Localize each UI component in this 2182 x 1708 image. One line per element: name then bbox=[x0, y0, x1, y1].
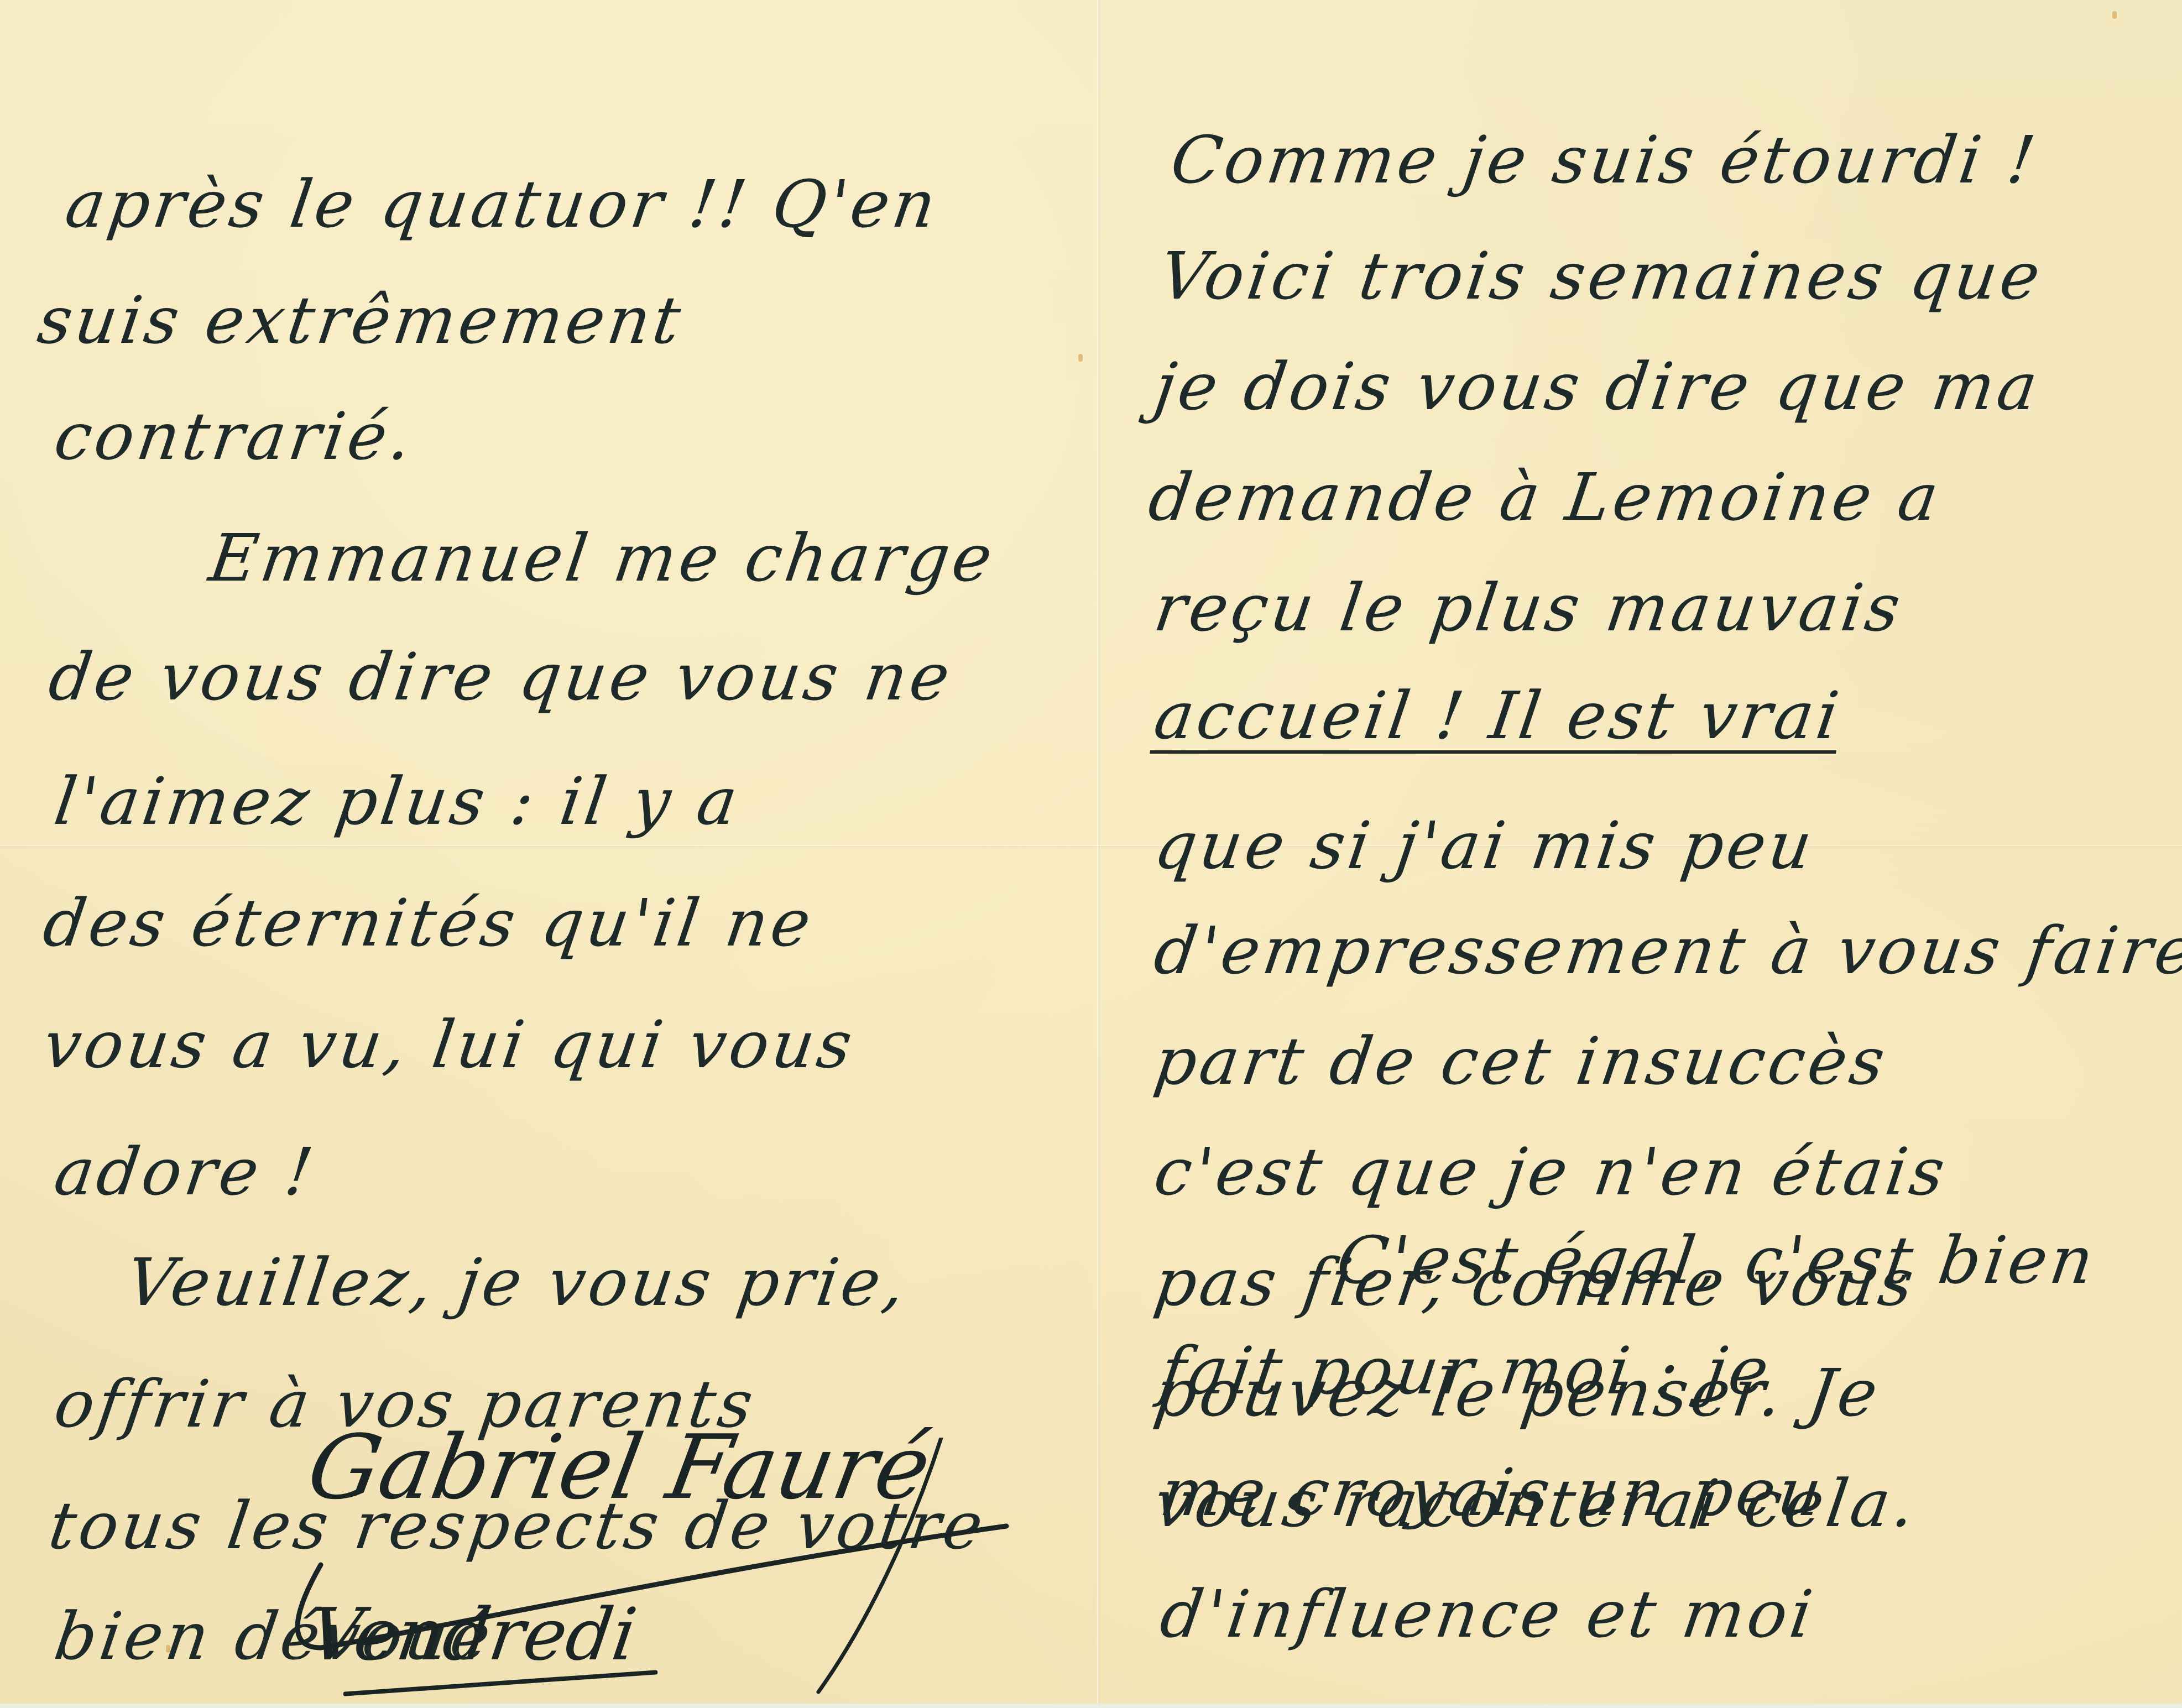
handwritten-line: me croyais un peu bbox=[1157, 1460, 1829, 1525]
handwritten-line: après le quatuor !! Q'en bbox=[62, 171, 943, 237]
handwritten-line: contrarié. bbox=[51, 404, 419, 469]
handwritten-line: adore ! bbox=[51, 1139, 320, 1204]
handwritten-line: Veuillez, je vous prie, bbox=[123, 1250, 912, 1315]
handwritten-line: C'est égal, c'est bien bbox=[1333, 1228, 2101, 1293]
handwritten-line-underlined: accueil ! Il est vrai bbox=[1151, 683, 1846, 748]
handwritten-line: que si j'ai mis peu bbox=[1151, 813, 1819, 878]
handwritten-line: demande à Lemoine a bbox=[1145, 464, 1945, 530]
handwritten-line: d'empressement à vous faire bbox=[1151, 918, 2182, 983]
handwritten-line: de vous dire que vous ne bbox=[45, 644, 957, 709]
handwritten-line: part de cet insuccès bbox=[1151, 1028, 1892, 1094]
letter-sheet: après le quatuor !! Q'en suis extrêmemen… bbox=[0, 0, 2182, 1708]
handwritten-line: des éternités qu'il ne bbox=[40, 890, 818, 955]
handwritten-line: fait pour moi : je bbox=[1157, 1338, 1776, 1403]
handwritten-line: Emmanuel me charge bbox=[206, 525, 999, 591]
handwritten-line: suis extrêmement bbox=[34, 288, 688, 353]
handwritten-line: l'aimez plus : il y a bbox=[51, 769, 744, 834]
handwritten-line: reçu le plus mauvais bbox=[1151, 575, 1907, 640]
right-page: Comme je suis étourdi ! Voici trois sema… bbox=[1100, 0, 2182, 1708]
dateline: Vendredi bbox=[304, 1592, 641, 1676]
handwritten-line: d'influence et moi bbox=[1157, 1581, 1819, 1647]
handwritten-line: Voici trois semaines que bbox=[1156, 243, 2047, 309]
handwritten-line: je dois vous dire que ma bbox=[1151, 354, 2045, 419]
handwritten-line: Comme je suis étourdi ! bbox=[1167, 127, 2042, 192]
handwritten-line: c'est que je n'en étais bbox=[1151, 1139, 1952, 1204]
handwritten-line: vous a vu, lui qui vous bbox=[40, 1012, 859, 1077]
